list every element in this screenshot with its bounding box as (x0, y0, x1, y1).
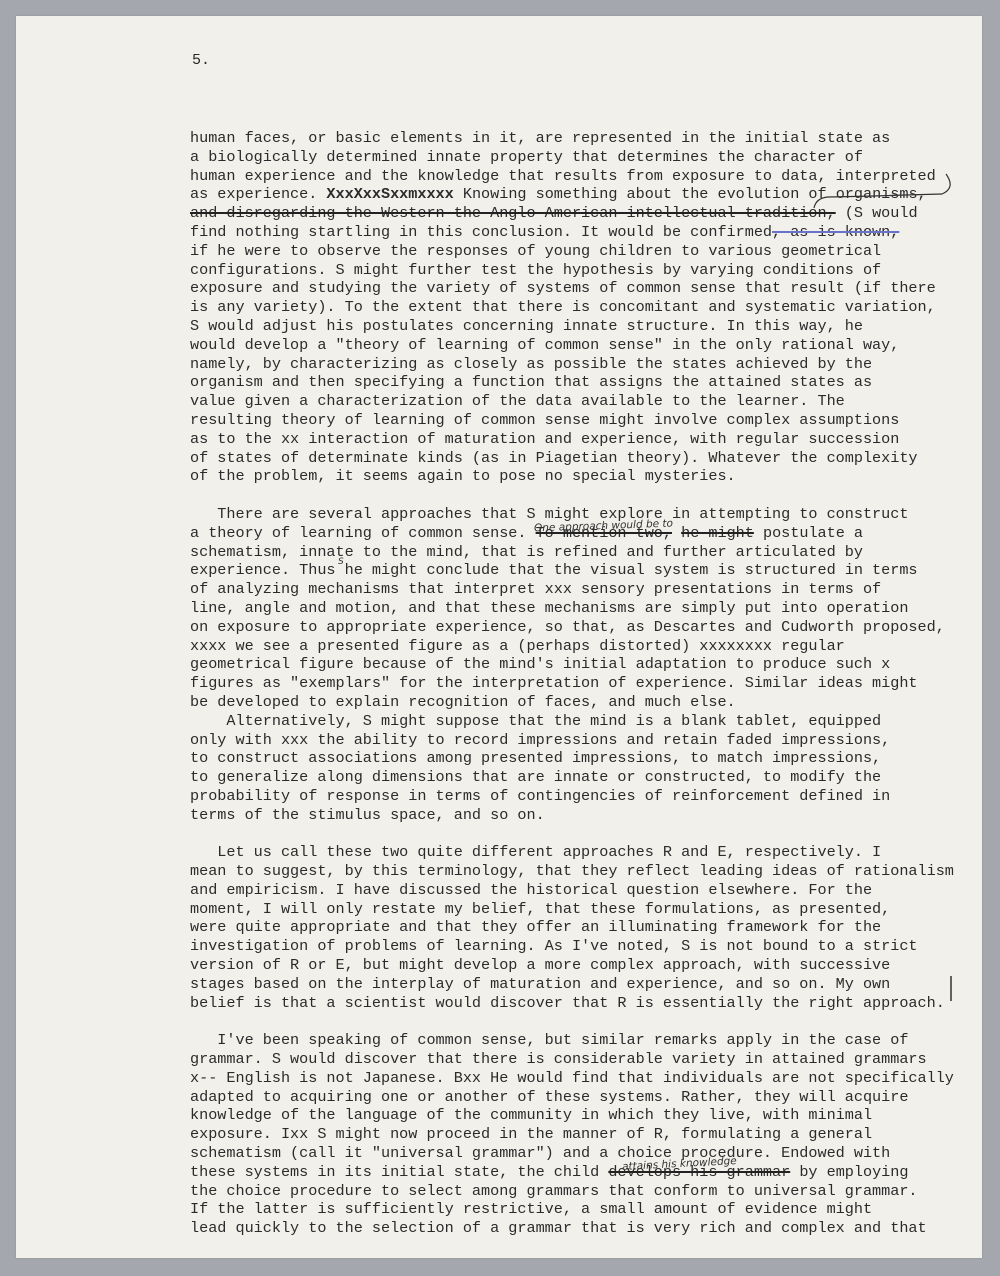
text-run: namely, by characterizing as closely as … (190, 355, 872, 373)
text-line: investigation of problems of learning. A… (190, 937, 990, 956)
text-run: to construct associations among presente… (190, 749, 881, 767)
text-line: as experience. XxxXxxSxxmxxxx Knowing so… (190, 185, 990, 204)
text-line: adapted to acquiring one or another of t… (190, 1088, 990, 1107)
text-line: version of R or E, but might develop a m… (190, 956, 990, 975)
text-run: as to the xx interaction of maturation a… (190, 430, 899, 448)
struck-text-blue: , as is known, (772, 223, 899, 241)
text-line: of states of determinate kinds (as in Pi… (190, 449, 990, 468)
text-run: stages based on the interplay of maturat… (190, 975, 890, 993)
text-line: If the latter is sufficiently restrictiv… (190, 1200, 990, 1219)
text-line: S would adjust his postulates concerning… (190, 317, 990, 336)
text-run: is any variety). To the extent that ther… (190, 298, 936, 316)
text-line: stages based on the interplay of maturat… (190, 975, 990, 994)
text-line: organism and then specifying a function … (190, 373, 990, 392)
text-run: version of R or E, but might develop a m… (190, 956, 890, 974)
text-line: xxxx we see a presented figure as a (per… (190, 637, 990, 656)
text-line: Let us call these two quite different ap… (190, 843, 990, 862)
text-run: exposure and studying the variety of sys… (190, 279, 936, 297)
text-line: on exposure to appropriate experience, s… (190, 618, 990, 637)
text-run: were quite appropriate and that they off… (190, 918, 881, 936)
text-line: of the problem, it seems again to pose n… (190, 467, 990, 486)
handwritten-insert-s: S (338, 557, 344, 567)
text-run: There are several approaches that S migh… (190, 505, 908, 523)
text-run: organism and then specifying a function … (190, 373, 872, 391)
text-run: resulting theory of learning of common s… (190, 411, 899, 429)
text-run: (S would (836, 204, 918, 222)
text-line: belief is that a scientist would discove… (190, 994, 990, 1013)
text-run: human faces, or basic elements in it, ar… (190, 129, 890, 147)
text-line: would develop a "theory of learning of c… (190, 336, 990, 355)
text-run: postulate a (754, 524, 863, 542)
text-run: x-- English is not Japanese. Bxx He woul… (190, 1069, 954, 1087)
text-line: probability of response in terms of cont… (190, 787, 990, 806)
text-run: value given a characterization of the da… (190, 392, 845, 410)
text-line: is any variety). To the extent that ther… (190, 298, 990, 317)
text-run: line, angle and motion, and that these m… (190, 599, 908, 617)
typewritten-body: human faces, or basic elements in it, ar… (190, 129, 990, 1238)
text-run: lead quickly to the selection of a gramm… (190, 1219, 927, 1237)
text-run: schematism (call it "universal grammar")… (190, 1144, 890, 1162)
text-run: be developed to explain recognition of f… (190, 693, 736, 711)
text-line: resulting theory of learning of common s… (190, 411, 990, 430)
paragraph-gap (190, 486, 990, 505)
text-line: the choice procedure to select among gra… (190, 1182, 990, 1201)
text-run: If the latter is sufficiently restrictiv… (190, 1200, 872, 1218)
text-run: would develop a "theory of learning of c… (190, 336, 899, 354)
text-line: and disregarding the Western the Anglo-A… (190, 204, 990, 223)
text-line: of analyzing mechanisms that interpret x… (190, 580, 990, 599)
text-line: to generalize along dimensions that are … (190, 768, 990, 787)
text-run: grammar. S would discover that there is … (190, 1050, 927, 1068)
text-run: adapted to acquiring one or another of t… (190, 1088, 908, 1106)
text-line: as to the xx interaction of maturation a… (190, 430, 990, 449)
text-run: knowledge of the language of the communi… (190, 1106, 872, 1124)
text-run: probability of response in terms of cont… (190, 787, 890, 805)
text-line: a biologically determined innate propert… (190, 148, 990, 167)
text-run: schematism, innate to the mind, that is … (190, 543, 863, 561)
text-run: Knowing something about the evolution of… (454, 185, 927, 203)
text-line: experience. Thus he might conclude that … (190, 561, 990, 580)
text-line: find nothing startling in this conclusio… (190, 223, 990, 242)
text-line: exposure and studying the variety of sys… (190, 279, 990, 298)
text-run: of states of determinate kinds (as in Pi… (190, 449, 918, 467)
text-run: moment, I will only restate my belief, t… (190, 900, 890, 918)
text-run: a biologically determined innate propert… (190, 148, 863, 166)
text-line: configurations. S might further test the… (190, 261, 990, 280)
page-number: 5. (192, 52, 210, 69)
text-run: exposure. Ixx S might now proceed in the… (190, 1125, 872, 1143)
text-line: schematism (call it "universal grammar")… (190, 1144, 990, 1163)
text-line: be developed to explain recognition of f… (190, 693, 990, 712)
text-run: S would adjust his postulates concerning… (190, 317, 863, 335)
struck-text: he might (681, 524, 754, 542)
document-page: 5. human faces, or basic elements in it,… (16, 16, 982, 1258)
text-line: knowledge of the language of the communi… (190, 1106, 990, 1125)
text-line: geometrical figure because of the mind's… (190, 655, 990, 674)
text-run: these systems in its initial state, the … (190, 1163, 608, 1181)
text-line: these systems in its initial state, the … (190, 1163, 990, 1182)
text-line: x-- English is not Japanese. Bxx He woul… (190, 1069, 990, 1088)
paragraph-gap (190, 824, 990, 843)
text-run: only with xxx the ability to record impr… (190, 731, 890, 749)
text-run: on exposure to appropriate experience, s… (190, 618, 945, 636)
text-run: investigation of problems of learning. A… (190, 937, 918, 955)
text-run: find nothing startling in this conclusio… (190, 223, 772, 241)
text-run (672, 524, 681, 542)
text-line: value given a characterization of the da… (190, 392, 990, 411)
text-run: experience. Thus he might conclude that … (190, 561, 918, 579)
text-line: lead quickly to the selection of a gramm… (190, 1219, 990, 1238)
text-line: mean to suggest, by this terminology, th… (190, 862, 990, 881)
text-line: were quite appropriate and that they off… (190, 918, 990, 937)
struck-text: and disregarding the Western the Anglo-A… (190, 204, 836, 222)
text-run: as experience. (190, 185, 326, 203)
text-run: I've been speaking of common sense, but … (190, 1031, 908, 1049)
text-line: human experience and the knowledge that … (190, 167, 990, 186)
text-run: of analyzing mechanisms that interpret x… (190, 580, 881, 598)
text-run: and empiricism. I have discussed the his… (190, 881, 872, 899)
overtyped-text: XxxXxxSxxmxxxx (326, 185, 453, 203)
text-run: human experience and the knowledge that … (190, 167, 936, 185)
text-run: Alternatively, S might suppose that the … (190, 712, 881, 730)
text-line: grammar. S would discover that there is … (190, 1050, 990, 1069)
text-line: and empiricism. I have discussed the his… (190, 881, 990, 900)
text-line: namely, by characterizing as closely as … (190, 355, 990, 374)
text-line: if he were to observe the responses of y… (190, 242, 990, 261)
text-line: line, angle and motion, and that these m… (190, 599, 990, 618)
text-run: if he were to observe the responses of y… (190, 242, 881, 260)
text-run: of the problem, it seems again to pose n… (190, 467, 736, 485)
text-run: a theory of learning of common sense. (190, 524, 536, 542)
text-line: exposure. Ixx S might now proceed in the… (190, 1125, 990, 1144)
paragraph-gap (190, 1012, 990, 1031)
text-run: configurations. S might further test the… (190, 261, 881, 279)
text-line: only with xxx the ability to record impr… (190, 731, 990, 750)
text-line: moment, I will only restate my belief, t… (190, 900, 990, 919)
text-line: human faces, or basic elements in it, ar… (190, 129, 990, 148)
text-line: Alternatively, S might suppose that the … (190, 712, 990, 731)
text-run: the choice procedure to select among gra… (190, 1182, 918, 1200)
text-run: belief is that a scientist would discove… (190, 994, 945, 1012)
text-line: terms of the stimulus space, and so on. (190, 806, 990, 825)
text-run: by employing (790, 1163, 908, 1181)
text-line: I've been speaking of common sense, but … (190, 1031, 990, 1050)
text-run: Let us call these two quite different ap… (190, 843, 881, 861)
text-line: schematism, innate to the mind, that is … (190, 543, 990, 562)
text-line: to construct associations among presente… (190, 749, 990, 768)
text-run: mean to suggest, by this terminology, th… (190, 862, 954, 880)
text-line: figures as "exemplars" for the interpret… (190, 674, 990, 693)
text-run: terms of the stimulus space, and so on. (190, 806, 545, 824)
text-run: figures as "exemplars" for the interpret… (190, 674, 918, 692)
text-run: to generalize along dimensions that are … (190, 768, 881, 786)
text-run: xxxx we see a presented figure as a (per… (190, 637, 845, 655)
text-run: geometrical figure because of the mind's… (190, 655, 890, 673)
